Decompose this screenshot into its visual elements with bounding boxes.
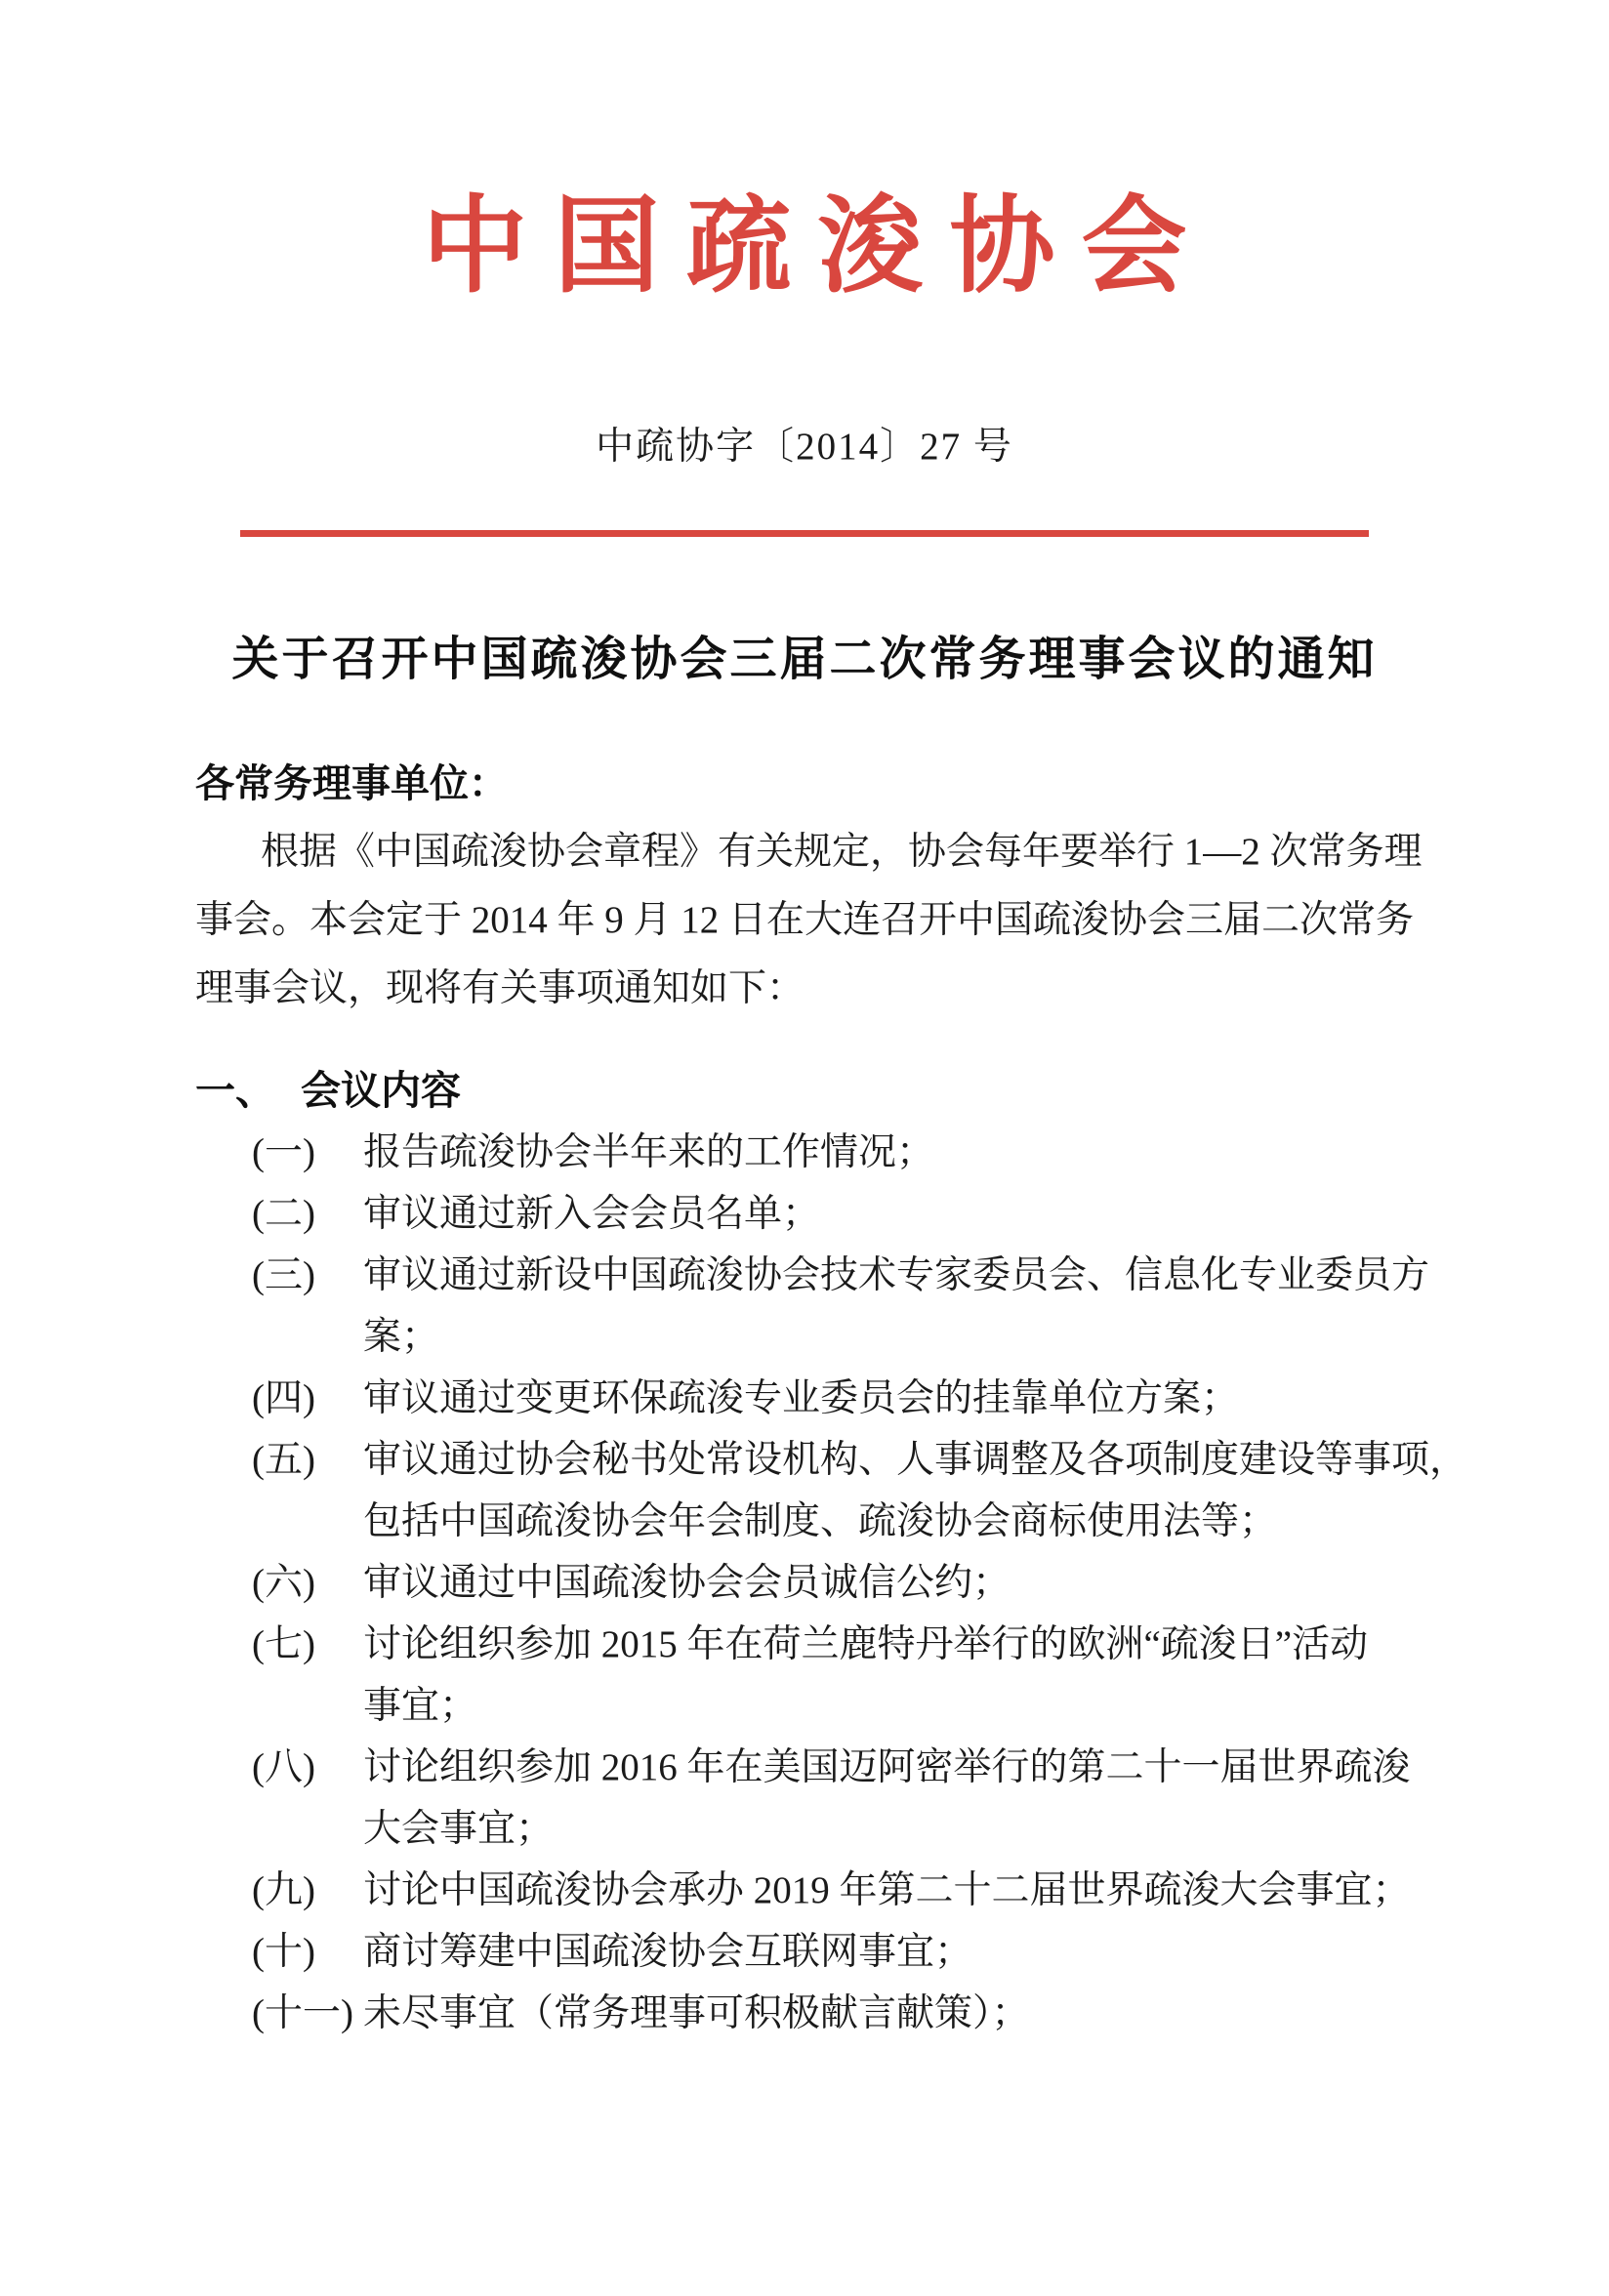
intro-paragraph: 根据《中国疏浚协会章程》有关规定，协会每年要举行 1—2 次常务理 事会。本会定… [195, 818, 1453, 1023]
item-line: 未尽事宜（常务理事可积极献言献策）； [363, 1983, 1453, 2044]
item-line: 包括中国疏浚协会年会制度、疏浚协会商标使用法等； [363, 1491, 1467, 1552]
list-item: (八) 讨论组织参加 2016 年在美国迈阿密举行的第二十一届世界疏浚 大会事宜… [195, 1737, 1453, 1860]
item-line: 讨论组织参加 2016 年在美国迈阿密举行的第二十一届世界疏浚 [363, 1737, 1453, 1798]
list-item: (六) 审议通过中国疏浚协会会员诚信公约； [195, 1552, 1453, 1614]
item-text: 商讨筹建中国疏浚协会互联网事宜； [363, 1921, 1453, 1983]
item-line: 商讨筹建中国疏浚协会互联网事宜； [363, 1921, 1453, 1983]
intro-line-1: 根据《中国疏浚协会章程》有关规定，协会每年要举行 1—2 次常务理 [195, 818, 1453, 886]
item-number: (七) [252, 1614, 363, 1737]
section-title: 会议内容 [301, 1060, 461, 1122]
item-text: 审议通过新设中国疏浚协会技术专家委员会、信息化专业委员方 案； [363, 1245, 1453, 1368]
item-text: 报告疏浚协会半年来的工作情况； [363, 1122, 1453, 1183]
list-item: (十一) 未尽事宜（常务理事可积极献言献策）； [195, 1983, 1453, 2044]
item-number: (一) [252, 1122, 363, 1183]
list-item: (二) 审议通过新入会会员名单； [195, 1183, 1453, 1245]
doc-number: 中疏协字〔2014〕27 号 [0, 428, 1609, 466]
intro-line-3: 理事会议，现将有关事项通知如下： [195, 955, 1453, 1023]
org-name: 中国疏浚协会 [0, 0, 1609, 301]
item-number: (二) [252, 1183, 363, 1245]
item-number: (十一) [252, 1983, 363, 2044]
item-number: (九) [252, 1860, 363, 1921]
item-line: 报告疏浚协会半年来的工作情况； [363, 1122, 1453, 1183]
list-item: (五) 审议通过协会秘书处常设机构、人事调整及各项制度建设等事项， 包括中国疏浚… [195, 1429, 1453, 1552]
item-text: 审议通过协会秘书处常设机构、人事调整及各项制度建设等事项， 包括中国疏浚协会年会… [363, 1429, 1467, 1552]
doc-body: 各常务理事单位： 根据《中国疏浚协会章程》有关规定，协会每年要举行 1—2 次常… [195, 750, 1453, 2044]
item-text: 讨论组织参加 2015 年在荷兰鹿特丹举行的欧洲“疏浚日”活动 事宜； [363, 1614, 1453, 1737]
item-number: (十) [252, 1921, 363, 1983]
doc-title: 关于召开中国疏浚协会三届二次常务理事会议的通知 [0, 636, 1609, 683]
salutation: 各常务理事单位： [195, 750, 1453, 818]
item-number: (八) [252, 1737, 363, 1860]
agenda-list: (一) 报告疏浚协会半年来的工作情况； (二) 审议通过新入会会员名单； (三)… [195, 1122, 1453, 2044]
item-number: (五) [252, 1429, 363, 1552]
section-heading: 一、 会议内容 [195, 1060, 1453, 1122]
list-item: (四) 审议通过变更环保疏浚专业委员会的挂靠单位方案； [195, 1368, 1453, 1429]
document-page: 中国疏浚协会 中疏协字〔2014〕27 号 关于召开中国疏浚协会三届二次常务理事… [0, 0, 1609, 2296]
list-item: (十) 商讨筹建中国疏浚协会互联网事宜； [195, 1921, 1453, 1983]
item-line: 审议通过新入会会员名单； [363, 1183, 1453, 1245]
section-number: 一、 [195, 1060, 275, 1122]
item-line: 讨论组织参加 2015 年在荷兰鹿特丹举行的欧洲“疏浚日”活动 [363, 1614, 1453, 1675]
item-text: 审议通过新入会会员名单； [363, 1183, 1453, 1245]
item-text: 未尽事宜（常务理事可积极献言献策）； [363, 1983, 1453, 2044]
item-line: 审议通过新设中国疏浚协会技术专家委员会、信息化专业委员方 [363, 1245, 1453, 1306]
item-line: 审议通过中国疏浚协会会员诚信公约； [363, 1552, 1453, 1614]
item-text: 审议通过中国疏浚协会会员诚信公约； [363, 1552, 1453, 1614]
item-number: (三) [252, 1245, 363, 1368]
item-line: 事宜； [363, 1675, 1453, 1737]
item-line: 案； [363, 1306, 1453, 1368]
item-number: (六) [252, 1552, 363, 1614]
list-item: (七) 讨论组织参加 2015 年在荷兰鹿特丹举行的欧洲“疏浚日”活动 事宜； [195, 1614, 1453, 1737]
item-text: 讨论中国疏浚协会承办 2019 年第二十二届世界疏浚大会事宜； [363, 1860, 1453, 1921]
item-number: (四) [252, 1368, 363, 1429]
item-line: 审议通过协会秘书处常设机构、人事调整及各项制度建设等事项， [363, 1429, 1467, 1491]
item-text: 讨论组织参加 2016 年在美国迈阿密举行的第二十一届世界疏浚 大会事宜； [363, 1737, 1453, 1860]
list-item: (三) 审议通过新设中国疏浚协会技术专家委员会、信息化专业委员方 案； [195, 1245, 1453, 1368]
intro-line-2: 事会。本会定于 2014 年 9 月 12 日在大连召开中国疏浚协会三届二次常务 [195, 886, 1453, 955]
list-item: (一) 报告疏浚协会半年来的工作情况； [195, 1122, 1453, 1183]
item-line: 大会事宜； [363, 1798, 1453, 1860]
header-divider-rule [240, 530, 1369, 537]
item-line: 审议通过变更环保疏浚专业委员会的挂靠单位方案； [363, 1368, 1453, 1429]
list-item: (九) 讨论中国疏浚协会承办 2019 年第二十二届世界疏浚大会事宜； [195, 1860, 1453, 1921]
item-text: 审议通过变更环保疏浚专业委员会的挂靠单位方案； [363, 1368, 1453, 1429]
item-line: 讨论中国疏浚协会承办 2019 年第二十二届世界疏浚大会事宜； [363, 1860, 1453, 1921]
